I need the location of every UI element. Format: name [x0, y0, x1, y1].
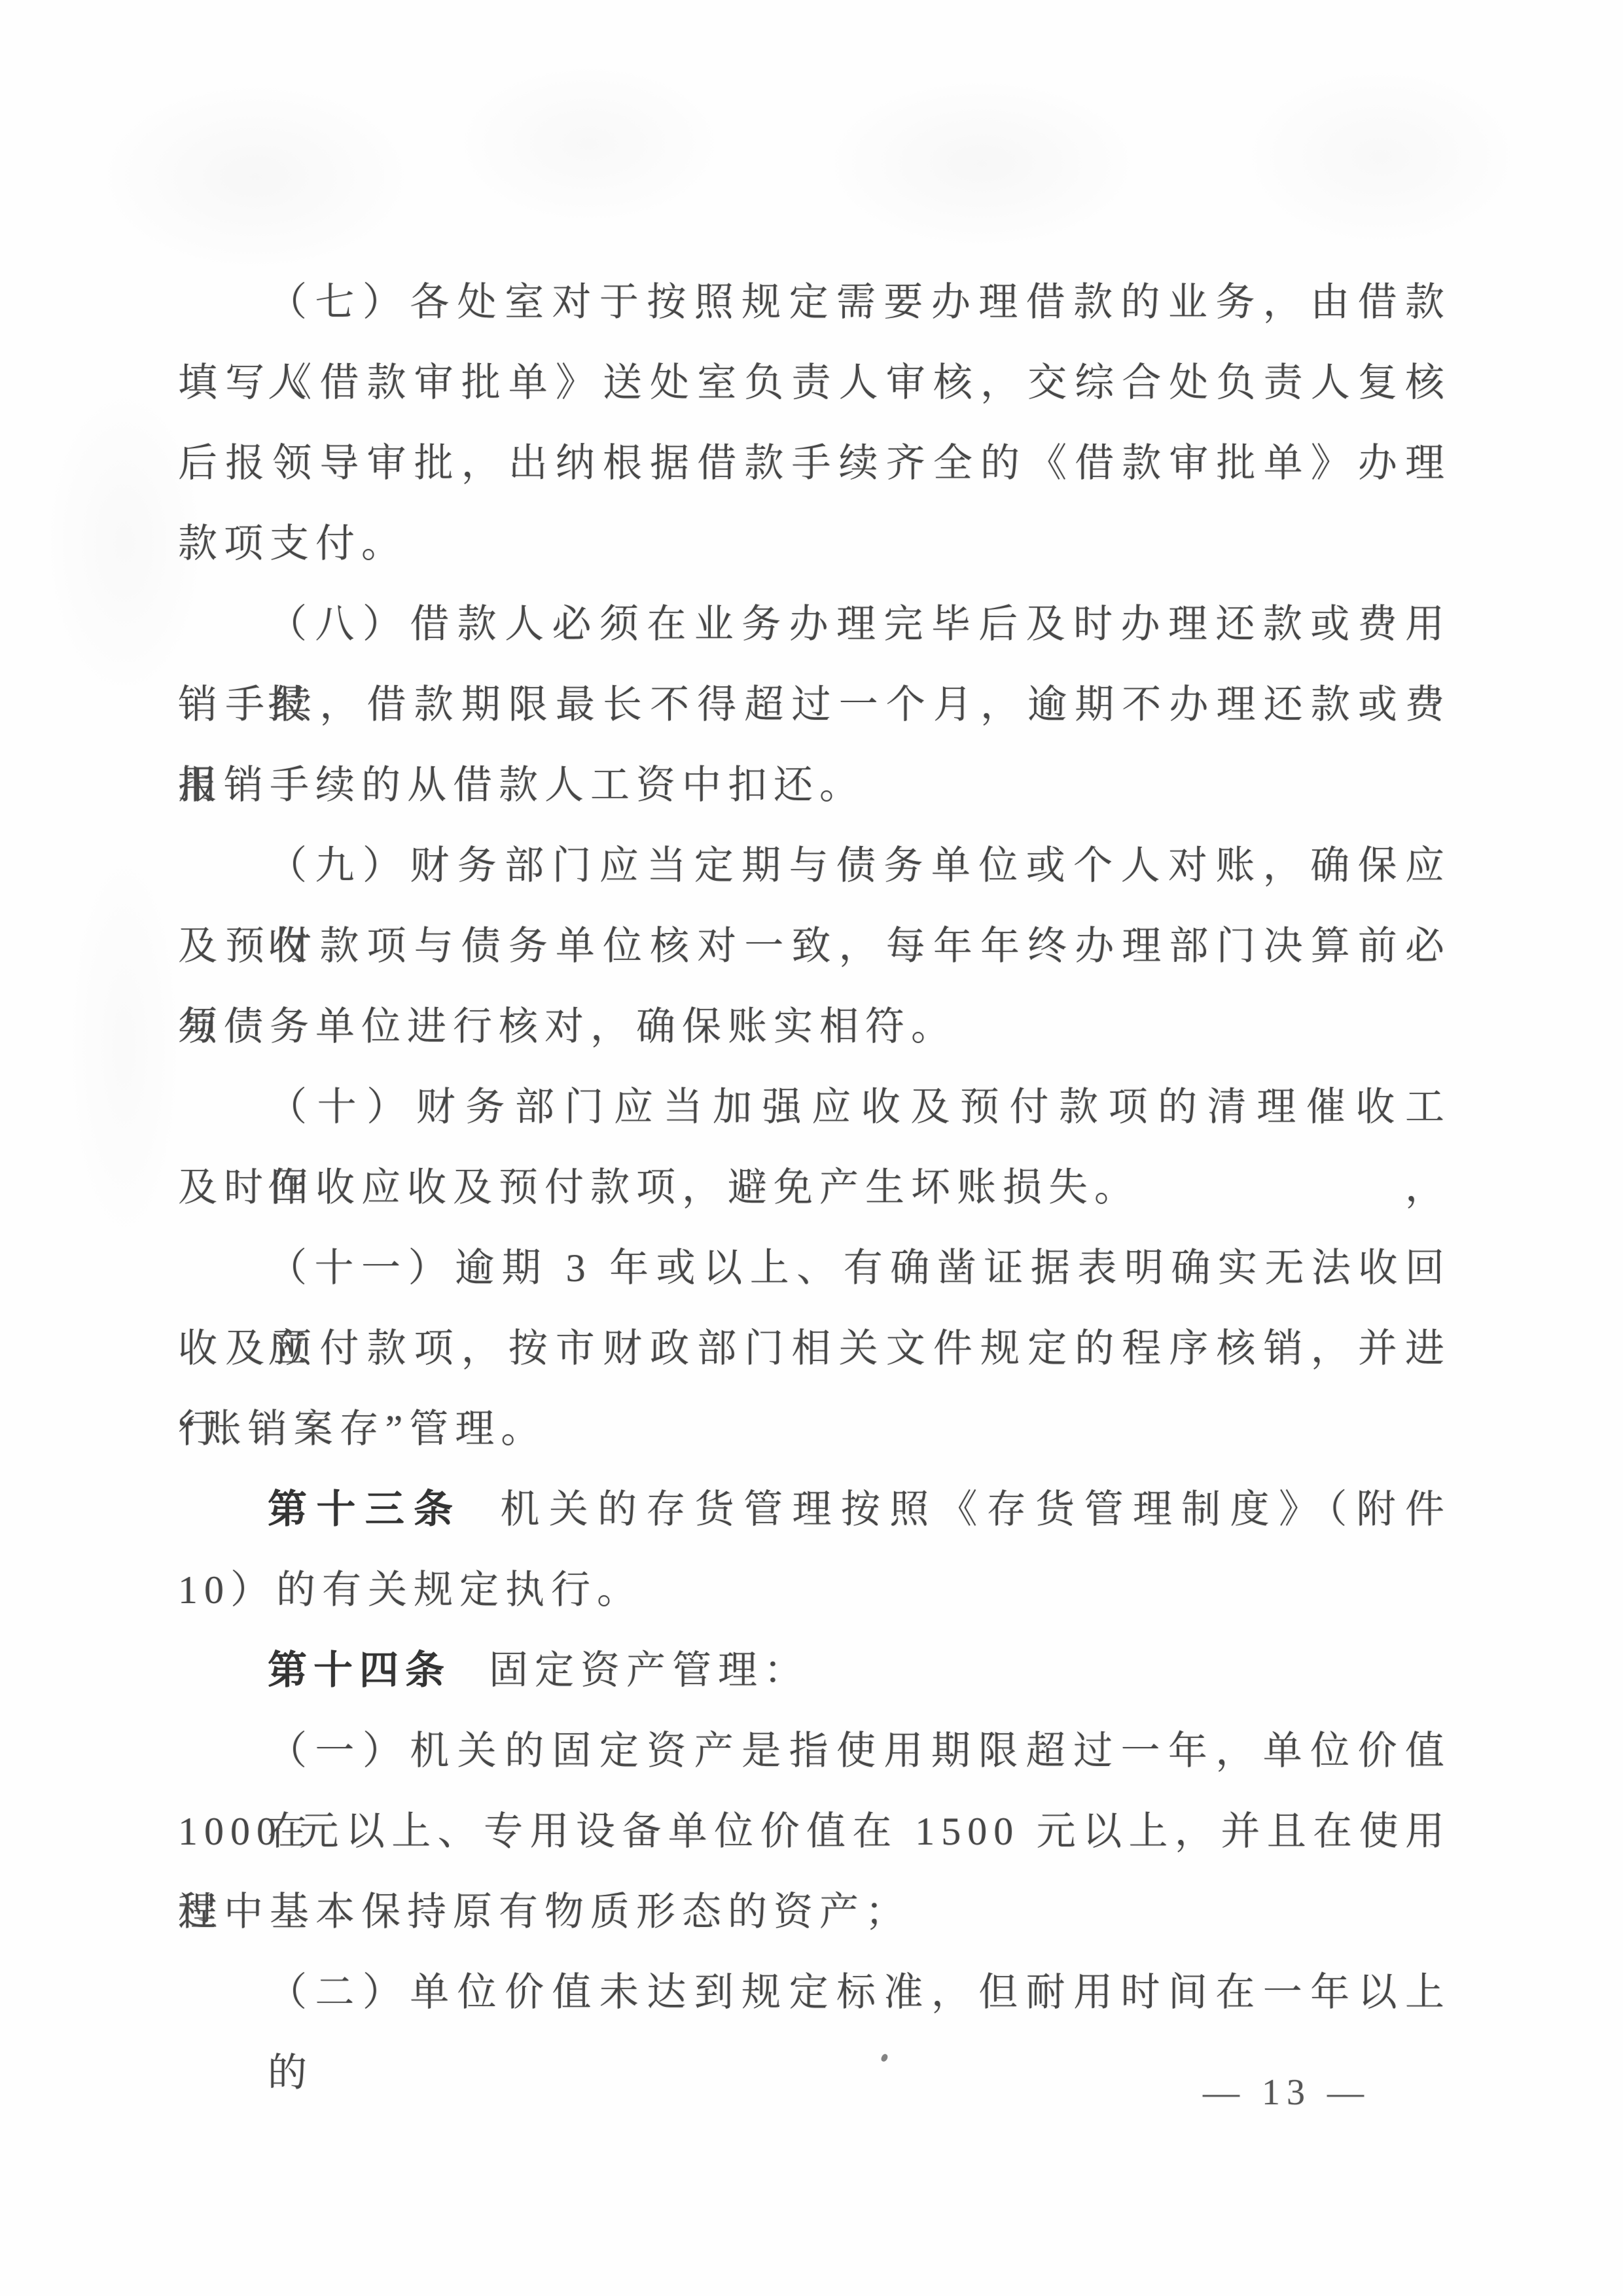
text-line: 与债务单位进行核对，确保账实相符。: [178, 987, 1451, 1067]
text-line: 销手续，借款期限最长不得超过一个月，逾期不办理还款或费用: [178, 665, 1451, 745]
scan-noise: [1178, 26, 1584, 288]
scan-artifact-dot: [880, 2053, 888, 2062]
text-line: （二）单位价值未达到规定标准，但耐用时间在一年以上的: [178, 1952, 1451, 2033]
text-line: 收及预付款项，按市财政部门相关文件规定的程序核销，并进行: [178, 1309, 1451, 1389]
text-line: （七）各处室对于按照规定需要办理借款的业务，由借款人: [178, 262, 1451, 343]
text-line: 填写《借款审批单》送处室负责人审核，交综合处负责人复核: [178, 343, 1451, 423]
text-segment: 机关的存货管理按照《存货管理制度》（附件: [500, 1488, 1451, 1531]
article-heading: 第十四条: [268, 1649, 451, 1692]
text-line: 1000 元以上、专用设备单位价值在 1500 元以上，并且在使用过: [178, 1792, 1451, 1872]
page-number: — 13 —: [1203, 2060, 1370, 2125]
text-line: （十一）逾期 3 年或以上、有确凿证据表明确实无法收回应: [178, 1228, 1451, 1309]
document-text-block: （七）各处室对于按照规定需要办理借款的业务，由借款人填写《借款审批单》送处室负责…: [178, 262, 1451, 2033]
text-line: （九）财务部门应当定期与债务单位或个人对账，确保应收: [178, 826, 1451, 906]
text-line: （八）借款人必须在业务办理完毕后及时办理还款或费用报: [178, 584, 1451, 665]
text-line: 程中基本保持原有物质形态的资产；: [178, 1872, 1451, 1952]
text-line: “账销案存”管理。: [178, 1389, 1451, 1470]
scan-noise: [393, 26, 785, 262]
text-line: （十）财务部门应当加强应收及预付款项的清理催收工作，: [178, 1067, 1451, 1148]
text-line: 后报领导审批，出纳根据借款手续齐全的《借款审批单》办理: [178, 423, 1451, 504]
text-line: 及预付款项与债务单位核对一致，每年年终办理部门决算前必须: [178, 906, 1451, 987]
scan-noise: [753, 39, 1211, 288]
text-line: 报销手续的从借款人工资中扣还。: [178, 745, 1451, 826]
document-page: （七）各处室对于按照规定需要办理借款的业务，由借款人填写《借款审批单》送处室负责…: [0, 0, 1623, 2296]
text-segment: 固定资产管理：: [489, 1649, 810, 1692]
text-line: 款项支付。: [178, 504, 1451, 584]
text-line: 第十四条固定资产管理：: [178, 1631, 1451, 1711]
text-line: （一）机关的固定资产是指使用期限超过一年，单位价值在: [178, 1711, 1451, 1792]
text-line: 第十三条机关的存货管理按照《存货管理制度》（附件: [178, 1470, 1451, 1550]
text-line: 10）的有关规定执行。: [178, 1550, 1451, 1631]
article-heading: 第十三条: [268, 1488, 462, 1531]
